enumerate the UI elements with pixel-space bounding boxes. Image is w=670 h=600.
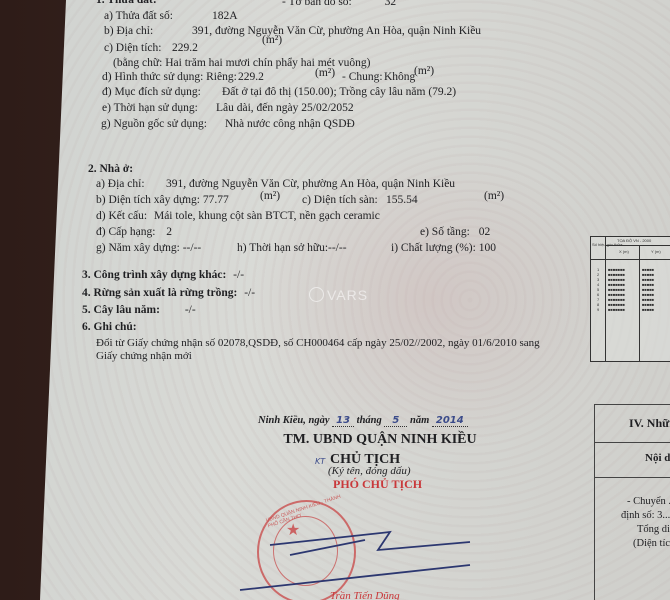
- other-construction: 3. Công trình xây dựng khác: -/-: [82, 269, 244, 282]
- house-address: a) Địa chỉ:391, đường Nguyễn Văn Cừ, phư…: [96, 178, 145, 191]
- usage-origin: g) Nguồn gốc sử dụng:Nhà nước công nhận …: [101, 118, 207, 131]
- production-forest: 4. Rừng sản xuất là rừng trồng: -/-: [82, 287, 255, 300]
- vice-chairman-stamp: PHÓ CHỦ TỊCH: [333, 478, 422, 491]
- vars-watermark: VARS: [309, 287, 368, 303]
- land-heading: 1. Thửa đất:: [96, 0, 157, 7]
- notes-heading: 6. Ghi chú:: [82, 321, 137, 334]
- house-ownership-term: h) Thời hạn sở hữu:--/--: [237, 242, 347, 255]
- vars-logo-icon: [309, 287, 324, 302]
- usage-form: d) Hình thức sử dụng: Riêng:229.2(m²)- C…: [102, 71, 237, 84]
- notes-line-2: Giấy chứng nhận mới: [96, 350, 192, 363]
- house-quality: i) Chất lượng (%): 100: [391, 242, 496, 255]
- authority-title: TM. UBND QUẬN NINH KIỀU: [230, 432, 530, 448]
- kt-mark: KT: [315, 455, 325, 468]
- usage-term: e) Thời hạn sử dụng:Lâu dài, đến ngày 25…: [102, 102, 198, 115]
- coordinate-rows: 1 2 3 4 5 6 7 8 9: [597, 267, 599, 312]
- house-floors: e) Số tầng: 02: [420, 226, 490, 239]
- coordinate-table: Số hiệu góc thửa TỌA ĐỘ VN - 2000 X (m) …: [590, 236, 670, 362]
- notes-line-1: Đổi từ Giấy chứng nhận số 02078,QSDĐ, số…: [96, 337, 540, 350]
- land-address: b) Địa chỉ:391, đường Nguyễn Văn Cừ, phư…: [104, 25, 153, 38]
- house-grade: đ) Cấp hạng: 2: [96, 226, 172, 239]
- house-structure: d) Kết cấu: Mái tole, khung cột sàn BTCT…: [96, 210, 380, 223]
- perennial-trees: 5. Cây lâu năm: -/-: [82, 304, 196, 317]
- house-built-area: b) Diện tích xây dựng: 77.77(m²)c) Diện …: [96, 194, 229, 207]
- house-year-built: g) Năm xây dựng: --/--: [96, 242, 201, 255]
- place-date: Ninh Kiều, ngày 13 tháng 5 năm 2014: [258, 414, 468, 427]
- signature-scribble: [230, 520, 480, 595]
- house-heading: 2. Nhà ở:: [88, 163, 133, 176]
- changes-box: IV. Những thay đổi... Nội dung... - Chuy…: [594, 404, 670, 600]
- land-area: c) Diện tích:229.2(m²): [104, 42, 161, 55]
- signer-name: Trần Tiến Dũng: [330, 590, 400, 600]
- usage-purpose: đ) Mục đích sử dụng:Đất ở tại đô thị (15…: [102, 86, 201, 99]
- parcel-number: a) Thửa đất số:182A: [104, 10, 173, 23]
- map-sheet: - Tờ bản đồ số: 32: [282, 0, 396, 9]
